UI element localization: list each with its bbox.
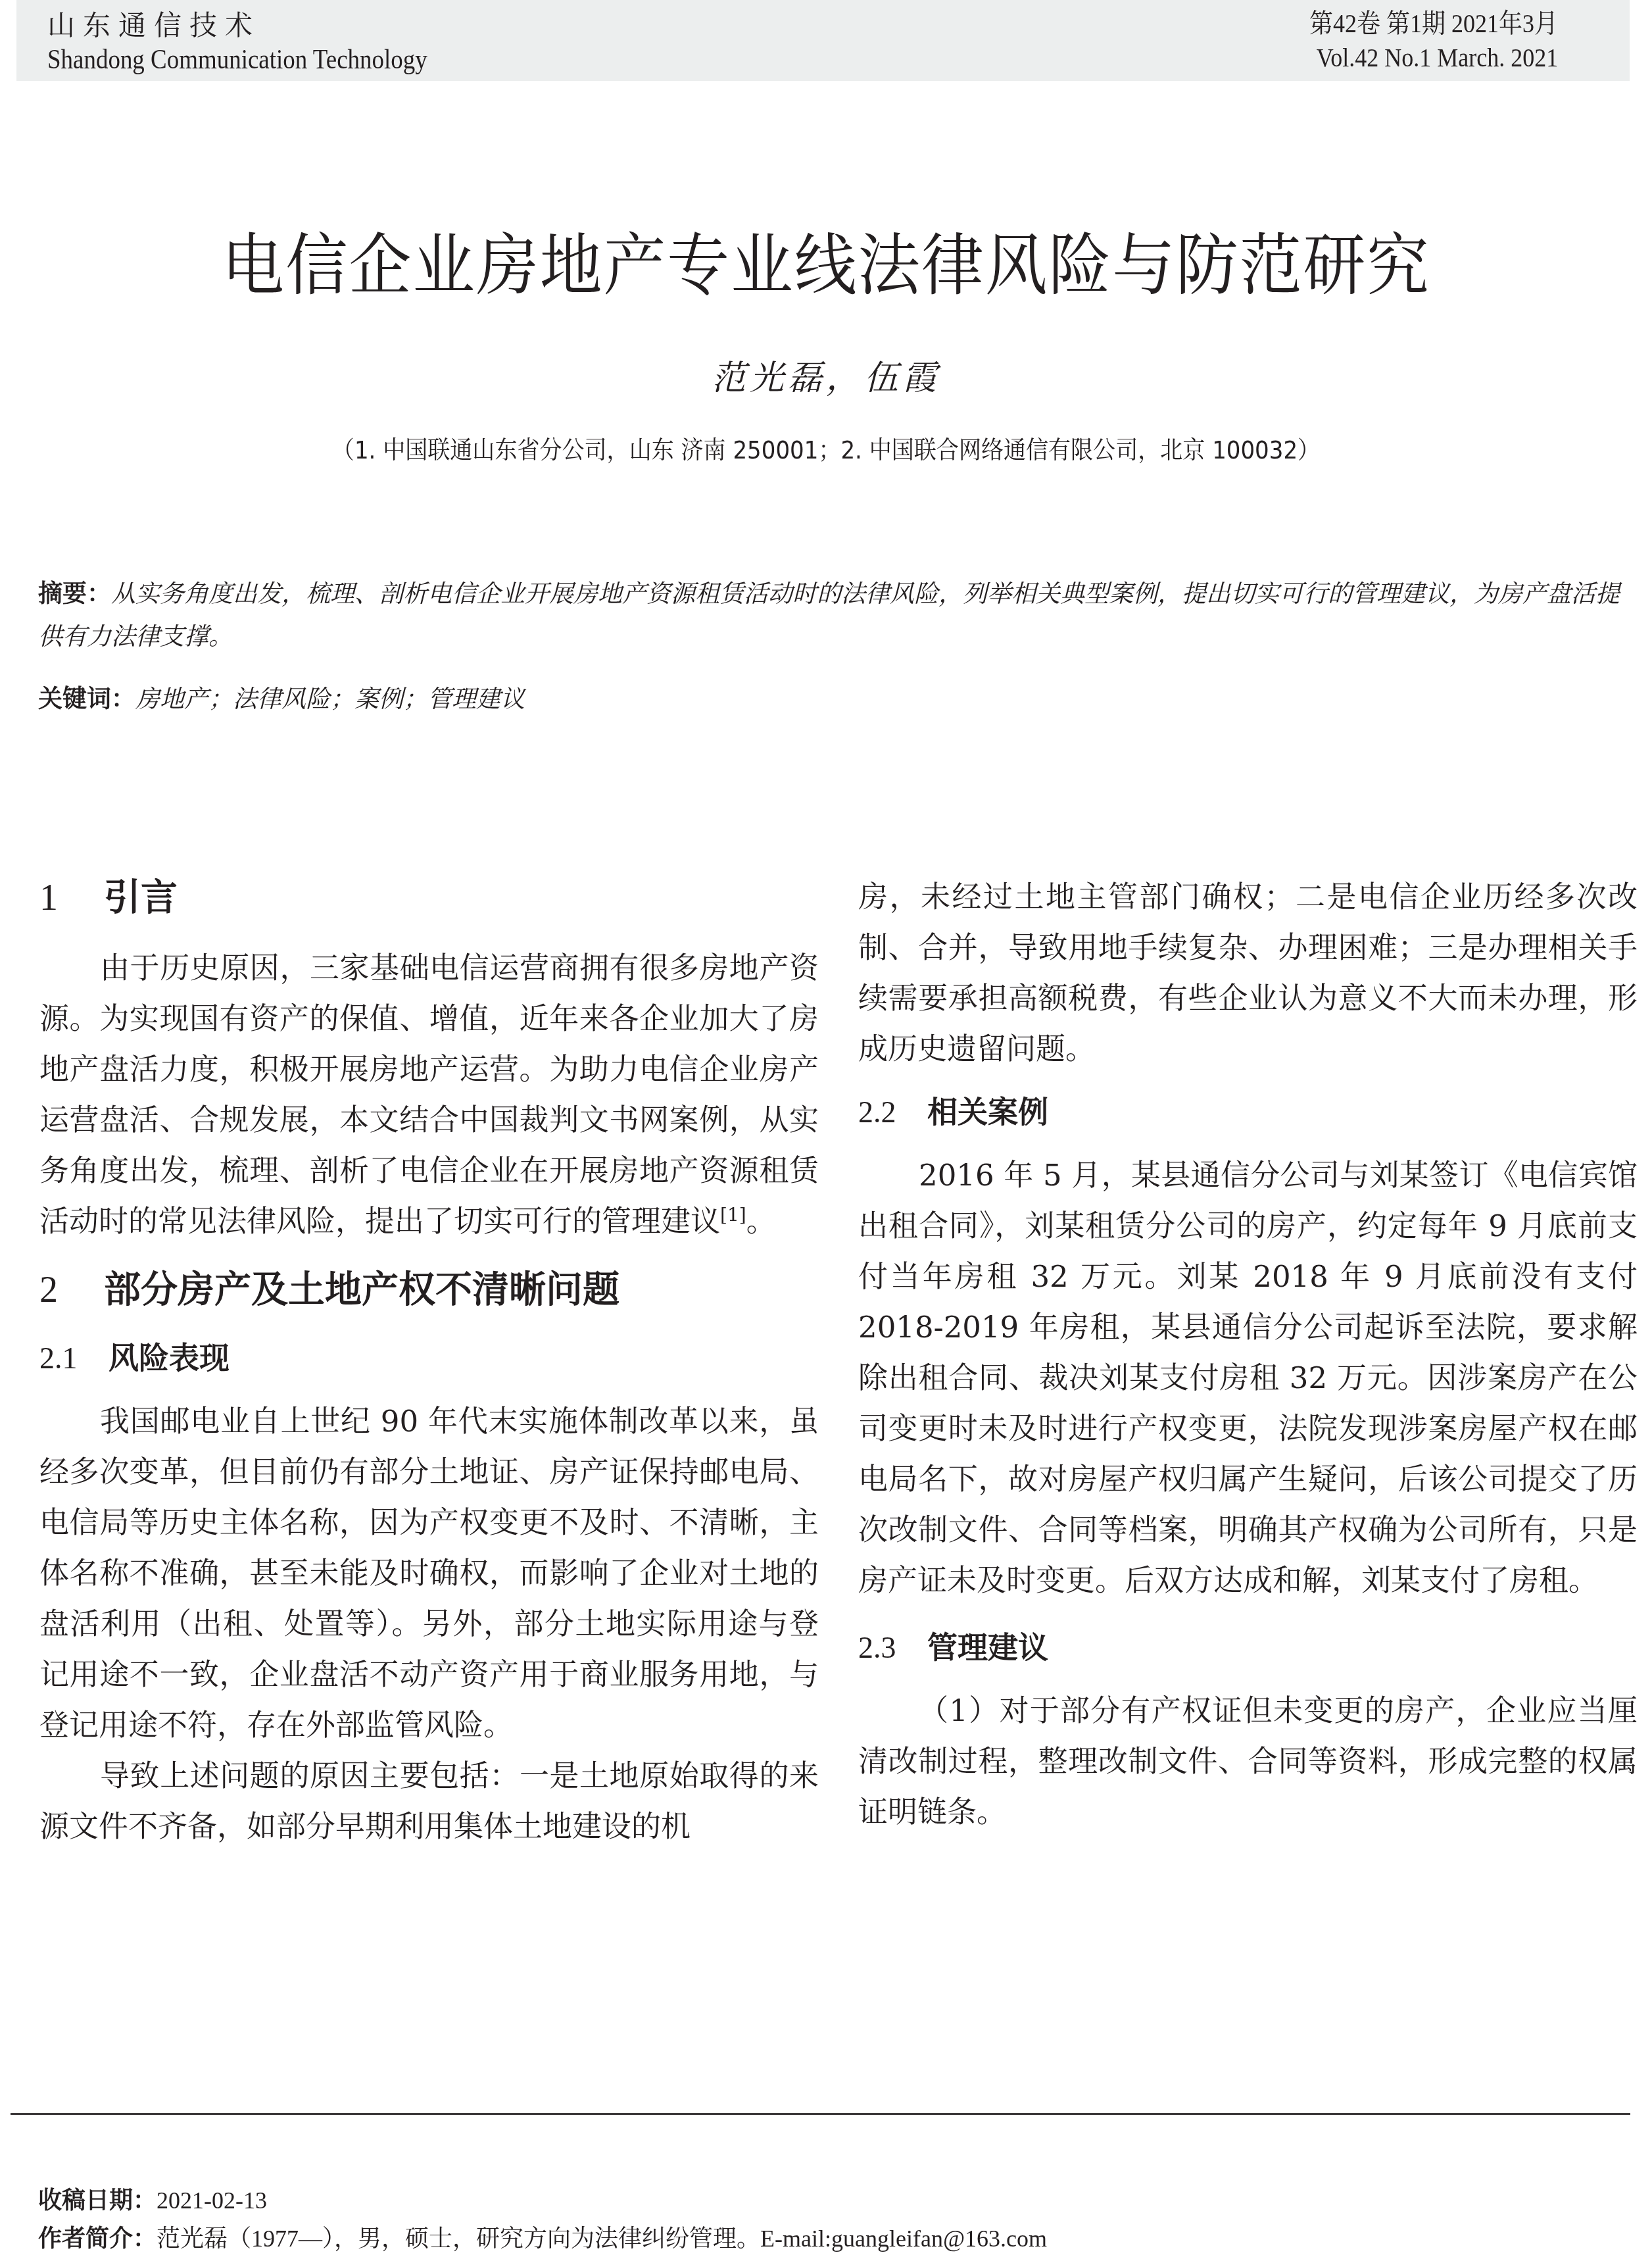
footer-divider: [11, 2113, 1630, 2115]
section-1-paragraph: 由于历史原因，三家基础电信运营商拥有很多房地产资源。为实现国有资产的保值、增值，…: [39, 943, 819, 1247]
received-date: 2021-02-13: [157, 2187, 267, 2214]
journal-name-en: Shandong Communication Technology: [47, 43, 427, 76]
subsection-title: 相关案例: [927, 1094, 1048, 1130]
subsection-title: 风险表现: [109, 1340, 230, 1376]
section-title: 引言: [104, 876, 178, 919]
subsection-2-3-paragraph: （1）对于部分有产权证但未变更的房产，企业应当厘清改制过程，整理改制文件、合同等…: [858, 1685, 1638, 1837]
subsection-2-2-heading: 2.2相关案例: [858, 1089, 1638, 1135]
received-label: 收稿日期：: [38, 2187, 157, 2214]
subsection-title: 管理建议: [927, 1629, 1048, 1665]
right-column: 房，未经过土地主管部门确权；二是电信企业历经多次改制、合并，导致用地手续复杂、办…: [858, 872, 1638, 1837]
citation-ref: [1]: [720, 1204, 746, 1226]
bio-label: 作者简介：: [38, 2225, 157, 2252]
abstract-label: 摘要：: [38, 580, 111, 608]
author-bio-line: 作者简介：范光磊（1977—），男，硕士，研究方向为法律纠纷管理。E-mail:…: [38, 2222, 1047, 2256]
section-title: 部分房产及土地产权不清晰问题: [104, 1268, 619, 1311]
abstract: 摘要：从实务角度出发，梳理、剖析电信企业开展房地产资源租赁活动时的法律风险，列举…: [38, 572, 1630, 658]
subsection-2-3-heading: 2.3管理建议: [858, 1624, 1638, 1671]
section-2-heading: 2部分房产及土地产权不清晰问题: [39, 1264, 819, 1316]
subsection-2-2-paragraph: 2016 年 5 月，某县通信分公司与刘某签订《电信宾馆出租合同》，刘某租赁分公…: [858, 1150, 1638, 1606]
subsection-number: 2.1: [39, 1335, 109, 1381]
bio-text: 范光磊（1977—），男，硕士，研究方向为法律纠纷管理。E-mail:guang…: [157, 2225, 1047, 2252]
keywords-text: 房地产；法律风险；案例；管理建议: [135, 685, 525, 713]
subsection-2-1-paragraph-2-start: 导致上述问题的原因主要包括：一是土地原始取得的来源文件不齐备，如部分早期利用集体…: [39, 1751, 819, 1852]
subsection-2-1-paragraph-1: 我国邮电业自上世纪 90 年代末实施体制改革以来，虽经多次变革，但目前仍有部分土…: [39, 1396, 819, 1751]
subsection-number: 2.2: [858, 1089, 927, 1135]
abstract-text: 从实务角度出发，梳理、剖析电信企业开展房地产资源租赁活动时的法律风险，列举相关典…: [38, 580, 1620, 651]
keywords-label: 关键词：: [38, 685, 135, 713]
left-column: 1引言 由于历史原因，三家基础电信运营商拥有很多房地产资源。为实现国有资产的保值…: [39, 872, 819, 1852]
author-affiliations: （1. 中国联通山东省分公司，山东 济南 250001；2. 中国联合网络通信有…: [66, 434, 1586, 467]
article-authors: 范光磊，伍霞: [0, 355, 1652, 401]
journal-name-cn: 山东通信技术: [47, 9, 260, 43]
keywords: 关键词：房地产；法律风险；案例；管理建议: [38, 678, 1630, 720]
section-number: 2: [39, 1264, 104, 1316]
article-title: 电信企业房地产专业线法律风险与防范研究: [58, 224, 1594, 309]
issue-info-cn: 第42卷 第1期 2021年3月: [1309, 7, 1558, 41]
subsection-2-1-heading: 2.1风险表现: [39, 1335, 819, 1381]
section-1-heading: 1引言: [39, 872, 819, 924]
paragraph-end: 。: [746, 1204, 776, 1239]
section-number: 1: [39, 872, 104, 924]
subsection-number: 2.3: [858, 1625, 927, 1671]
paragraph-text: 由于历史原因，三家基础电信运营商拥有很多房地产资源。为实现国有资产的保值、增值，…: [39, 951, 819, 1239]
issue-info-en: Vol.42 No.1 March. 2021: [1317, 41, 1558, 75]
subsection-2-1-paragraph-2-cont: 房，未经过土地主管部门确权；二是电信企业历经多次改制、合并，导致用地手续复杂、办…: [858, 872, 1638, 1074]
received-date-line: 收稿日期：2021-02-13: [38, 2184, 267, 2218]
